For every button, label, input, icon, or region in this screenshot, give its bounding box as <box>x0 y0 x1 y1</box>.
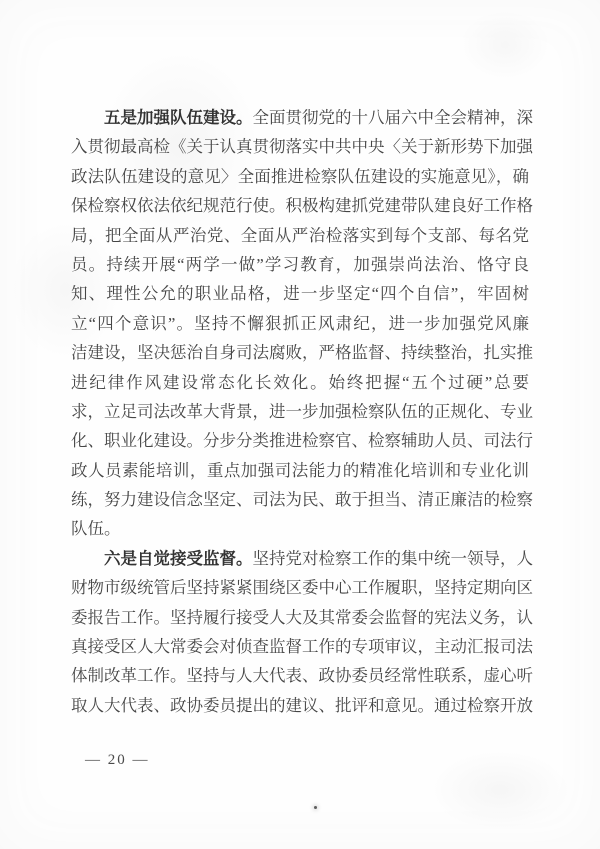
text-line: 保检察权依法依纪规范行使。积极构建抓党建带队建良好工作格 <box>71 191 529 220</box>
text-line: 练，努力建设信念坚定、司法为民、敢于担当、清正廉洁的检察 <box>71 485 529 514</box>
text-line: 取人大代表、政协委员提出的建议、批评和意见。通过检察开放 <box>71 691 529 720</box>
text-line: 五是加强队伍建设。全面贯彻党的十八届六中全会精神，深 <box>71 103 529 132</box>
text-line: 财物市级统管后坚持紧紧围绕区委中心工作履职，坚持定期向区 <box>71 573 529 602</box>
scanned-document-page: 五是加强队伍建设。全面贯彻党的十八届六中全会精神，深 入贯彻最高检《关于认真贯彻… <box>0 0 600 849</box>
paragraph-lead-bold: 六是自觉接受监督。 <box>104 549 253 568</box>
text-line: 入贯彻最高检《关于认真贯彻落实中共中央〈关于新形势下加强 <box>71 132 529 161</box>
scan-smudge <box>430 750 570 830</box>
scan-artifact-dot <box>314 806 317 809</box>
text-line: 局，把全面从严治党、全面从严治检落实到每个支部、每名党 <box>71 221 529 250</box>
text-run: 全面贯彻党的十八届六中全会精神，深 <box>253 108 534 127</box>
text-line: 政人员素能培训，重点加强司法能力的精准化培训和专业化训 <box>71 456 529 485</box>
paragraph-six: 六是自觉接受监督。坚持党对检察工作的集中统一领导，人 财物市级统管后坚持紧紧围绕… <box>71 544 529 720</box>
scan-smudge <box>460 10 550 80</box>
text-line: 员。持续开展“两学一做”学习教育，加强崇尚法治、恪守良 <box>71 250 529 279</box>
text-line: 队伍。 <box>71 514 529 543</box>
text-line: 知、理性公允的职业品格，进一步坚定“四个自信”，牢固树 <box>71 279 529 308</box>
text-line: 六是自觉接受监督。坚持党对检察工作的集中统一领导，人 <box>71 544 529 573</box>
text-line: 委报告工作。坚持履行接受人大及其常委会监督的宪法义务，认 <box>71 603 529 632</box>
page-number: — 20 — <box>85 752 150 769</box>
paragraph-five: 五是加强队伍建设。全面贯彻党的十八届六中全会精神，深 入贯彻最高检《关于认真贯彻… <box>71 103 529 544</box>
text-line: 进纪律作风建设常态化长效化。始终把握“五个过硬”总要 <box>71 368 529 397</box>
text-run: 坚持党对检察工作的集中统一领导，人 <box>253 549 534 568</box>
text-line: 真接受区人大常委会对侦查监督工作的专项审议，主动汇报司法 <box>71 632 529 661</box>
text-line: 求，立足司法改革大背景，进一步加强检察队伍的正规化、专业 <box>71 397 529 426</box>
document-body-text: 五是加强队伍建设。全面贯彻党的十八届六中全会精神，深 入贯彻最高检《关于认真贯彻… <box>71 103 529 720</box>
text-line: 立“四个意识”。坚持不懈狠抓正风肃纪，进一步加强党风廉 <box>71 309 529 338</box>
text-line: 政法队伍建设的意见〉全面推进检察队伍建设的实施意见》，确 <box>71 162 529 191</box>
text-line: 化、职业化建设。分步分类推进检察官、检察辅助人员、司法行 <box>71 426 529 455</box>
text-line: 体制改革工作。坚持与人大代表、政协委员经常性联系，虚心听 <box>71 661 529 690</box>
text-line: 洁建设，坚决惩治自身司法腐败，严格监督、持续整治，扎实推 <box>71 338 529 367</box>
paragraph-lead-bold: 五是加强队伍建设。 <box>104 108 253 127</box>
